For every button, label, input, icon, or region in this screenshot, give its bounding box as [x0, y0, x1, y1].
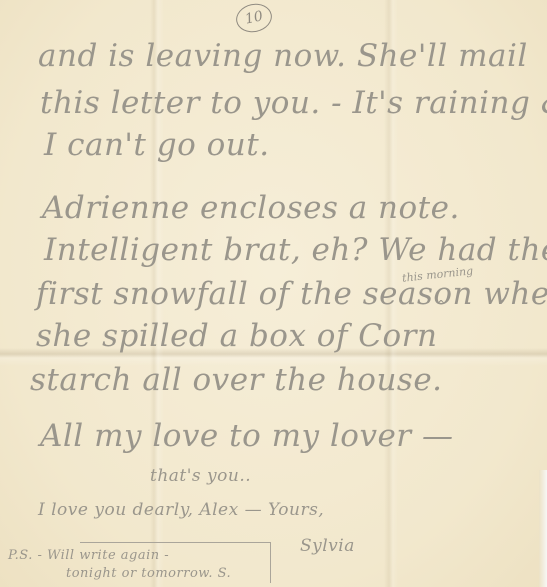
letter-line-2: this letter to you. - It's raining & [40, 85, 547, 121]
letter-page: 10 and is leaving now. She'll mail this … [0, 0, 547, 587]
letter-line-9: All my love to my lover — [40, 418, 453, 454]
page-number: 10 [233, 1, 274, 36]
insertion-caret: ^ [436, 298, 446, 312]
letter-line-8: starch all over the house. [30, 362, 443, 398]
letter-line-6: first snowfall of the season when [36, 276, 547, 312]
postscript-line-1: P.S. - Will write again - [8, 548, 169, 563]
postscript-line-2: tonight or tomorrow. S. [66, 566, 231, 581]
paper-edge [539, 470, 547, 587]
letter-line-10: that's you.. [150, 466, 251, 486]
letter-line-5: Intelligent brat, eh? We had the [44, 232, 547, 268]
signature: Sylvia [300, 536, 355, 556]
letter-line-4: Adrienne encloses a note. [42, 190, 460, 226]
letter-line-7: she spilled a box of Corn [36, 318, 437, 354]
letter-line-11: I love you dearly, Alex — Yours, [38, 500, 324, 520]
letter-line-3: I can't go out. [44, 127, 270, 163]
letter-line-1: and is leaving now. She'll mail [38, 38, 528, 74]
